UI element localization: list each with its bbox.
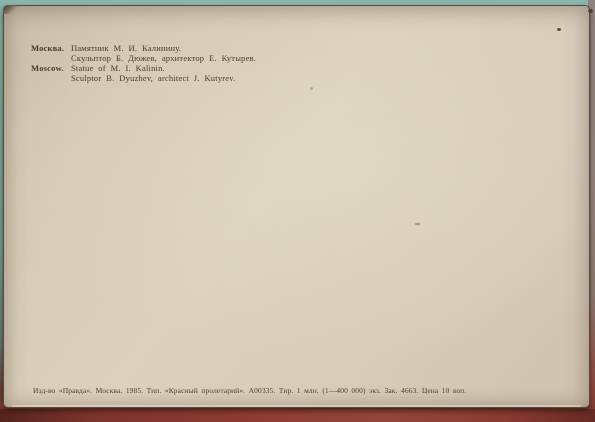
corner-shadow-mark [3,5,18,14]
postcard-back: Москва.Памятник М. И. Калинину. Скульпто… [3,5,590,408]
background-bottom-red-strip [0,409,595,422]
caption-title-russian: Памятник М. И. Калинину. [71,43,181,53]
imprint-line: Изд-во «Правда». Москва. 1985. Тип. «Кра… [33,386,466,395]
paper-speck [310,87,313,90]
paper-speck [588,9,593,13]
caption-line-en-credit: Sculptor B. Dyuzhev, architect J. Kutyre… [71,73,256,83]
paper-speck [557,28,561,31]
caption-title-english: Statue of M. I. Kalinin. [71,63,165,73]
caption-line-ru-title: Москва.Памятник М. И. Калинину. [31,43,256,53]
caption-line-en-title: Moscow.Statue of M. I. Kalinin. [31,63,256,73]
paper-speck [415,223,420,225]
caption-label-english: Moscow. [31,63,71,73]
photo-background: Москва.Памятник М. И. Калинину. Скульпто… [0,0,595,422]
caption-block: Москва.Памятник М. И. Калинину. Скульпто… [31,43,256,83]
caption-line-ru-credit: Скульптор Б. Дюжев, архитектор Е. Кутыре… [71,53,256,63]
caption-label-russian: Москва. [31,43,71,53]
